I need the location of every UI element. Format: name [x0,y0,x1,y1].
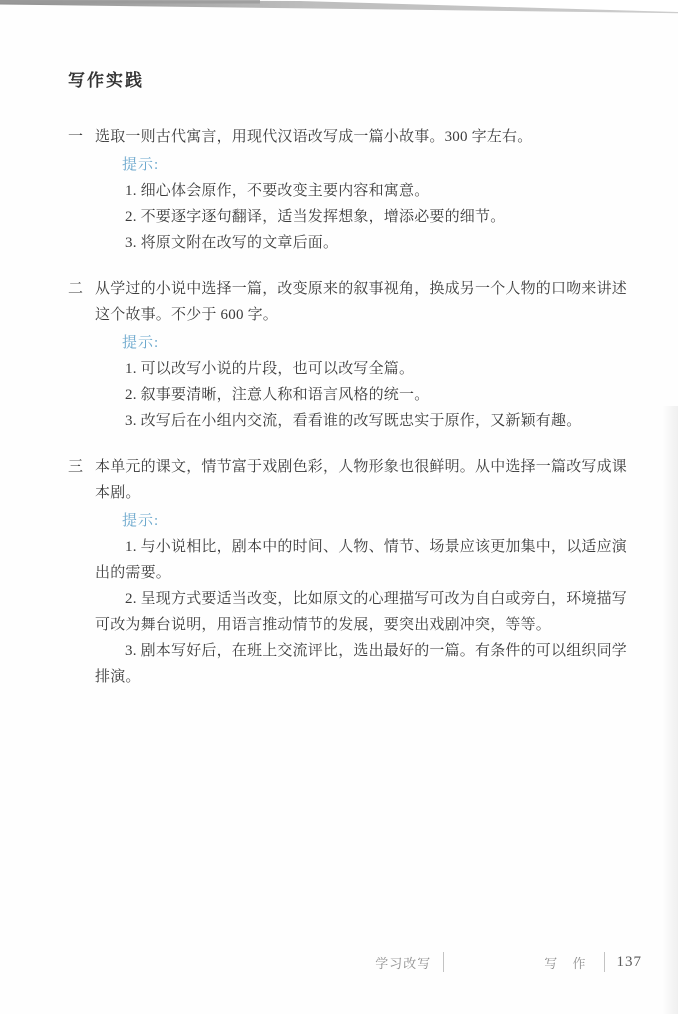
hint-item: 3. 改写后在小组内交流，看看谁的改写既忠实于原作，又新颖有趣。 [125,408,642,434]
hint-item: 3. 剧本写好后，在班上交流评比，选出最好的一篇。有条件的可以组织同学排演。 [95,638,642,690]
page-number: 137 [617,954,643,971]
exercise-number: 三 [68,454,83,480]
footer-divider [604,952,605,972]
hint-label: 提示: [95,508,642,534]
hint-list: 1. 与小说相比，剧本中的时间、人物、情节、场景应该更加集中，以适应演出的需要。… [95,534,642,690]
exercise-prompt: 从学过的小说中选择一篇，改变原来的叙事视角，换成另一个人物的口吻来讲述这个故事。… [95,276,642,328]
exercise-number: 二 [68,276,83,302]
footer-category-label: 写 作 [544,953,591,972]
hint-label: 提示: [95,330,642,356]
hint-item: 1. 与小说相比，剧本中的时间、人物、情节、场景应该更加集中，以适应演出的需要。 [95,534,642,586]
hint-list: 1. 细心体会原作，不要改变主要内容和寓意。2. 不要逐字逐句翻译，适当发挥想象… [95,178,642,256]
exercise-number: 一 [68,124,83,150]
page-curvature-shading [662,406,678,1014]
page-footer: 学习改写 写 作 137 [0,952,642,972]
exercise-item: 三 本单元的课文，情节富于戏剧色彩，人物形象也很鲜明。从中选择一篇改写成课本剧。… [95,454,642,690]
footer-section-label: 学习改写 [375,953,431,972]
hint-item: 1. 细心体会原作，不要改变主要内容和寓意。 [125,178,642,204]
hint-item: 2. 呈现方式要适当改变，比如原文的心理描写可改为自白或旁白，环境描写可改为舞台… [95,586,642,638]
exercise-prompt: 本单元的课文，情节富于戏剧色彩，人物形象也很鲜明。从中选择一篇改写成课本剧。 [95,454,642,506]
footer-divider [443,952,444,972]
hint-item: 2. 叙事要清晰，注意人称和语言风格的统一。 [125,382,642,408]
page-content: 写作实践 一 选取一则古代寓言，用现代汉语改写成一篇小故事。300 字左右。 提… [68,68,642,710]
scan-edge-artifact [0,0,678,20]
page-title: 写作实践 [68,68,642,94]
hint-item: 2. 不要逐字逐句翻译，适当发挥想象，增添必要的细节。 [125,204,642,230]
exercise-item: 一 选取一则古代寓言，用现代汉语改写成一篇小故事。300 字左右。 提示: 1.… [95,124,642,256]
hint-list: 1. 可以改写小说的片段，也可以改写全篇。2. 叙事要清晰，注意人称和语言风格的… [95,356,642,434]
exercise-prompt: 选取一则古代寓言，用现代汉语改写成一篇小故事。300 字左右。 [95,124,642,150]
exercise-item: 二 从学过的小说中选择一篇，改变原来的叙事视角，换成另一个人物的口吻来讲述这个故… [95,276,642,434]
exercise-list: 一 选取一则古代寓言，用现代汉语改写成一篇小故事。300 字左右。 提示: 1.… [68,124,642,690]
textbook-page: 写作实践 一 选取一则古代寓言，用现代汉语改写成一篇小故事。300 字左右。 提… [0,0,678,1014]
hint-item: 3. 将原文附在改写的文章后面。 [125,230,642,256]
hint-item: 1. 可以改写小说的片段，也可以改写全篇。 [125,356,642,382]
hint-label: 提示: [95,152,642,178]
